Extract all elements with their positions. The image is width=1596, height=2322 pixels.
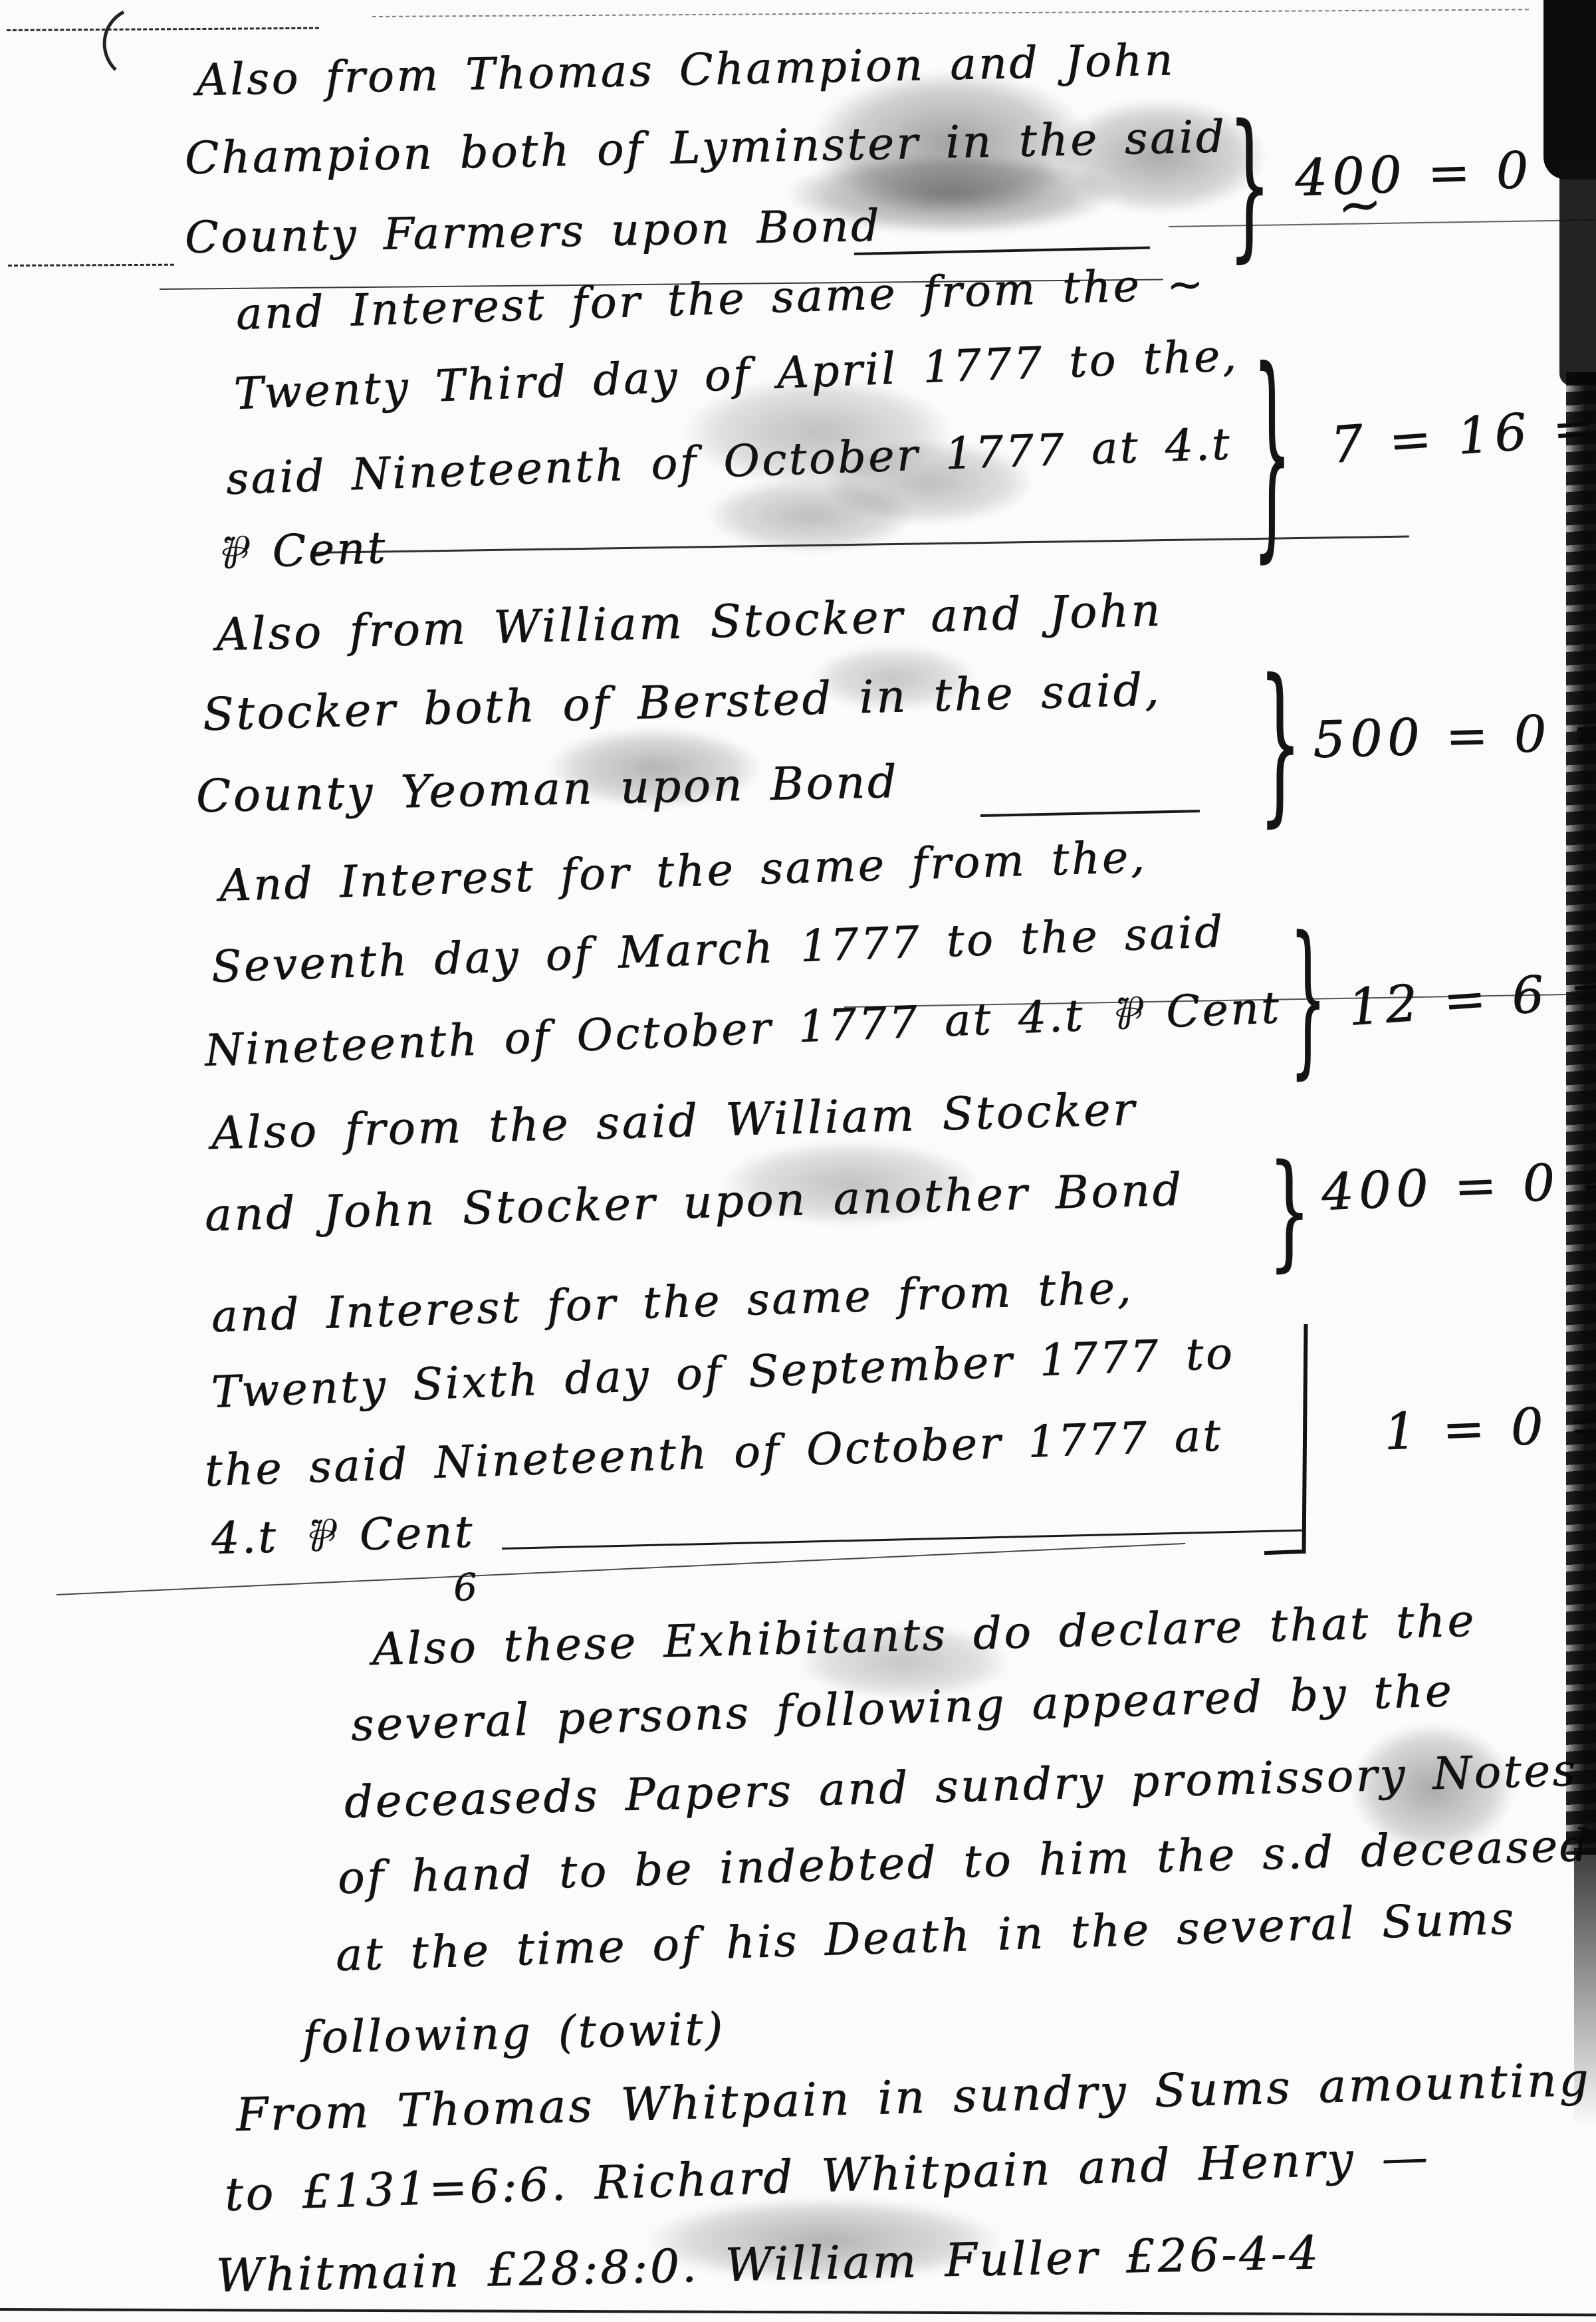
entry-line: County Farmers upon Bond <box>184 204 881 260</box>
entry-line: Seventh day of March 1777 to the said <box>211 910 1226 989</box>
entry-line: Stocker both of Bersted in the said, <box>202 667 1162 738</box>
amount-brace: } <box>1228 105 1270 265</box>
entry-line: said Nineteenth of October 1777 at 4.t <box>225 422 1232 501</box>
amount-brace: } <box>1259 658 1301 830</box>
trailing-rule <box>502 1530 1306 1550</box>
amount-value: 7 = 16 = 1½ <box>1329 394 1596 471</box>
crease-line <box>7 27 319 31</box>
amount-value: 1 = 0 = 1¾ <box>1383 1395 1596 1457</box>
trailing-rule <box>312 536 1409 554</box>
declaration-line: of hand to be indebted to him the s.d de… <box>337 1823 1591 1901</box>
amount-value: 500 = 0 = 0 <box>1312 705 1596 765</box>
declaration-line: several persons following appeared by th… <box>350 1669 1454 1748</box>
entry-line: and Interest for the same from the, <box>211 1266 1134 1339</box>
footer-line: From Thomas Whitpain in sundry Sums amou… <box>235 2057 1591 2139</box>
amount-brace: } <box>1290 916 1326 1082</box>
entry-line: Also from William Stocker and John <box>215 588 1163 658</box>
footer-line: Whitmain £28:8:0. William Fuller £26-4-4 <box>215 2230 1321 2299</box>
entry-line: Twenty Sixth day of September 1777 to <box>211 1332 1236 1415</box>
entry-line: Champion both of Lyminster in the said <box>184 114 1227 181</box>
entry-line: Nineteenth of October 1777 at 4.t ⅌ Cent <box>204 986 1282 1073</box>
declaration-line: at the time of his Death in the several … <box>335 1896 1516 1978</box>
declaration-line: deceaseds Papers and sundry promissory N… <box>344 1748 1578 1825</box>
stray-digit-mark: 6 <box>453 1569 481 1607</box>
scan-edge-band <box>1566 372 1596 1855</box>
declaration-line: following (towit) <box>302 2007 725 2060</box>
tilde-flourish-mark: ~ <box>1335 176 1387 234</box>
entry-line: And Interest for the same from the, <box>219 835 1147 908</box>
crease-line <box>372 9 1529 17</box>
amount-bracket-foot <box>1264 1550 1306 1555</box>
manuscript-page: Also from Thomas Champion and John Champ… <box>0 0 1596 2322</box>
trailing-rule <box>854 247 1150 255</box>
amount-brace: } <box>1268 1149 1310 1274</box>
crease-line <box>8 264 174 267</box>
entry-line: Also from the said William Stocker <box>211 1088 1137 1157</box>
entry-line: County Yeoman upon Bond <box>195 760 899 820</box>
amount-bracket-bar <box>1302 1324 1308 1554</box>
amount-value: 12 = 6 = 5¾ <box>1346 956 1596 1033</box>
bottom-edge-line <box>0 2308 1596 2316</box>
footer-line: to £131=6:6. Richard Whitpain and Henry … <box>224 2135 1430 2218</box>
amount-brace: } <box>1253 342 1291 565</box>
amount-value: 400 = 0 = 0 <box>1320 1151 1596 1218</box>
entry-line: Also from Thomas Champion and John <box>195 38 1175 102</box>
paren-flourish-mark <box>85 9 132 72</box>
trailing-rule <box>980 810 1200 817</box>
entry-line: Twenty Third day of April 1777 to the, <box>233 334 1240 416</box>
entry-line: and Interest for the same from the ~ <box>235 262 1206 336</box>
entry-line: and John Stocker upon another Bond <box>204 1167 1184 1238</box>
entry-line: 4.t ⅌ Cent <box>211 1510 475 1561</box>
entry-line: the said Nineteenth of October 1777 at <box>204 1414 1224 1493</box>
declaration-line: Also these Exhibitants do declare that t… <box>372 1599 1476 1672</box>
